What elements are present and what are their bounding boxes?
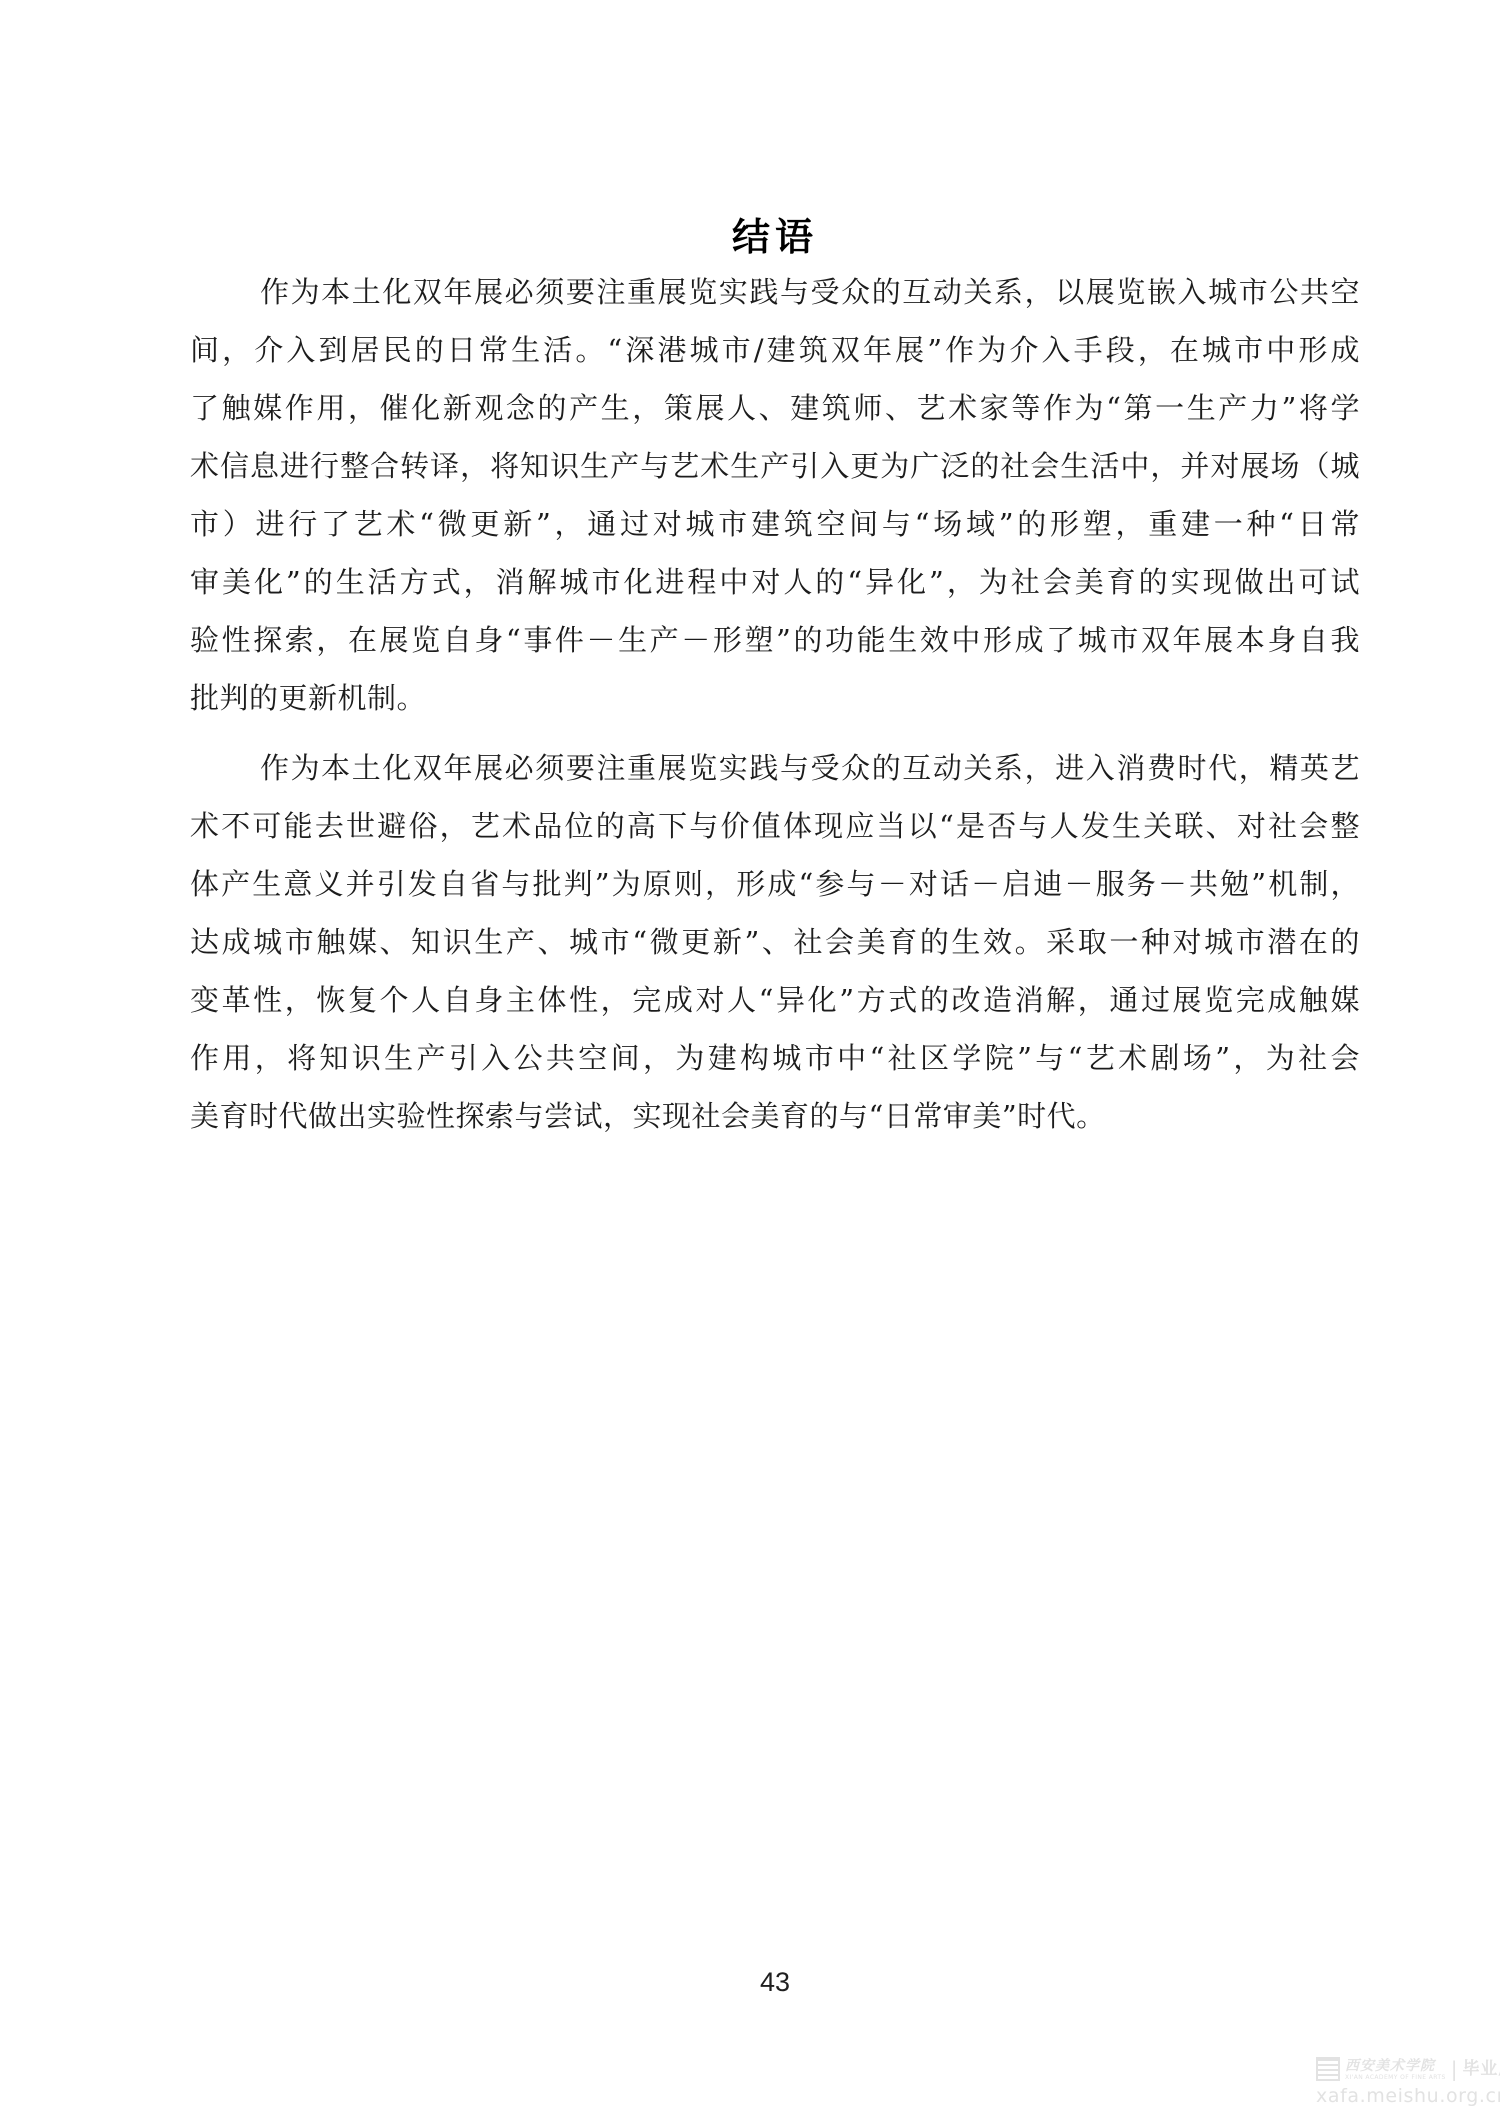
paragraph: 作为本土化双年展必须要注重展览实践与受众的互动关系，以展览嵌入城市公共空 间，介… — [190, 263, 1360, 727]
text-line: 变革性，恢复个人自身主体性，完成对人“异化”方式的改造消解，通过展览完成触媒 — [190, 971, 1360, 1029]
text-line: 达成城市触媒、知识生产、城市“微更新”、社会美育的生效。采取一种对城市潜在的 — [190, 913, 1360, 971]
document-body: 作为本土化双年展必须要注重展览实践与受众的互动关系，以展览嵌入城市公共空 间，介… — [190, 263, 1360, 1145]
watermark-header: 西安美术学院 XI'AN ACADEMY OF FINE ARTS | 毕业展 — [1316, 2054, 1498, 2084]
page-title: 结语 — [190, 209, 1360, 265]
text-line: 体产生意义并引发自省与批判”为原则，形成“参与－对话－启迪－服务－共勉”机制， — [190, 855, 1360, 913]
text-line: 批判的更新机制。 — [190, 669, 1360, 727]
academy-name-cn: 西安美术学院 — [1345, 2058, 1446, 2074]
text-line: 审美化”的生活方式，消解城市化进程中对人的“异化”，为社会美育的实现做出可试 — [190, 553, 1360, 611]
academy-name: 西安美术学院 XI'AN ACADEMY OF FINE ARTS — [1345, 2058, 1446, 2081]
text-line: 术不可能去世避俗，艺术品位的高下与价值体现应当以“是否与人发生关联、对社会整 — [190, 797, 1360, 855]
text-line: 作为本土化双年展必须要注重展览实践与受众的互动关系，以展览嵌入城市公共空 — [190, 263, 1360, 321]
watermark-url: xafa.meishu.org.cn — [1316, 2085, 1498, 2107]
page-number: 43 — [190, 1967, 1360, 1997]
watermark-divider: | — [1451, 2057, 1458, 2081]
text-line: 了触媒作用，催化新观念的产生，策展人、建筑师、艺术家等作为“第一生产力”将学 — [190, 379, 1360, 437]
text-line: 作用，将知识生产引入公共空间，为建构城市中“社区学院”与“艺术剧场”，为社会 — [190, 1029, 1360, 1087]
text-line: 美育时代做出实验性探索与尝试，实现社会美育的与“日常审美”时代。 — [190, 1087, 1360, 1145]
text-line: 验性探索，在展览自身“事件－生产－形塑”的功能生效中形成了城市双年展本身自我 — [190, 611, 1360, 669]
text-line: 术信息进行整合转译，将知识生产与艺术生产引入更为广泛的社会生活中，并对展场（城 — [190, 437, 1360, 495]
paragraph: 作为本土化双年展必须要注重展览实践与受众的互动关系，进入消费时代，精英艺 术不可… — [190, 739, 1360, 1145]
text-line: 间，介入到居民的日常生活。“深港城市/建筑双年展”作为介入手段，在城市中形成 — [190, 321, 1360, 379]
academy-name-en: XI'AN ACADEMY OF FINE ARTS — [1345, 2074, 1446, 2081]
text-line: 市）进行了艺术“微更新”，通过对城市建筑空间与“场域”的形塑，重建一种“日常 — [190, 495, 1360, 553]
text-line: 作为本土化双年展必须要注重展览实践与受众的互动关系，进入消费时代，精英艺 — [190, 739, 1360, 797]
document-page: 结语 作为本土化双年展必须要注重展览实践与受众的互动关系，以展览嵌入城市公共空 … — [0, 0, 1500, 2121]
xafa-seal-icon — [1316, 2057, 1340, 2081]
site-watermark: 西安美术学院 XI'AN ACADEMY OF FINE ARTS | 毕业展 … — [1316, 2054, 1498, 2107]
graduation-exhibition-label: 毕业展 — [1462, 2057, 1500, 2081]
